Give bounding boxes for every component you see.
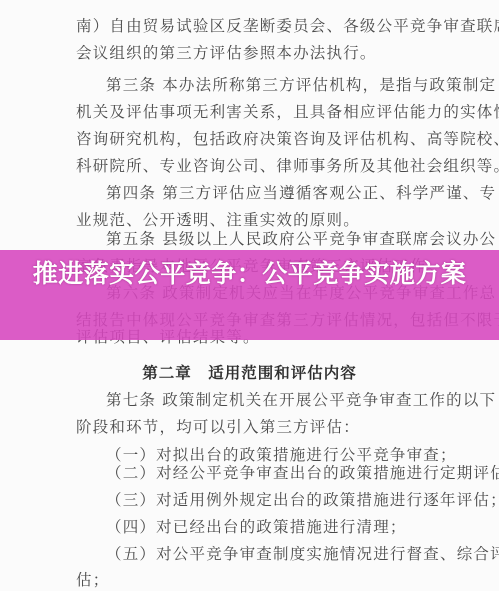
chapter-heading: 第二章 适用范围和评估内容	[0, 363, 499, 383]
list-item-4: （四）对已经出台的政策措施进行清理；	[106, 517, 456, 537]
banner-title: 推进落实公平竞争：公平竞争实施方案	[0, 256, 499, 292]
text-line: 咨询研究机构，包括政府决策咨询及评估机构、高等院校、	[76, 129, 426, 149]
text-line: 估；	[76, 570, 426, 590]
article-3: 第三条 本办法所称第三方评估机构，是指与政策制定	[106, 75, 456, 95]
text-line: 机关及评估事项无利害关系，且具备相应评估能力的实体性	[76, 102, 426, 122]
list-item-3: （三）对适用例外规定出台的政策措施进行逐年评估；	[106, 490, 456, 510]
list-item-1: （一）对拟出台的政策措施进行公平竞争审查；	[106, 445, 456, 465]
list-item-5: （五）对公平竞争审查制度实施情况进行督查、综合评	[106, 544, 456, 564]
text-line: 阶段和环节，均可以引入第三方评估：	[76, 417, 426, 437]
article-7: 第七条 政策制定机关在开展公平竞争审查工作的以下	[106, 390, 456, 410]
text-line: 科研院所、专业咨询公司、律师事务所及其他社会组织等。	[76, 156, 426, 176]
article-4: 第四条 第三方评估应当遵循客观公正、科学严谨、专	[106, 183, 456, 203]
text-line: 会议组织的第三方评估参照本办法执行。	[76, 43, 426, 63]
list-item-2: （二）对经公平竞争审查出台的政策措施进行定期评估；	[106, 463, 456, 483]
text-line: 南）自由贸易试验区反垄断委员会、各级公平竞争审查联席	[76, 16, 426, 36]
text-line: 业规范、公开透明、注重实效的原则。	[76, 210, 426, 230]
article-5: 第五条 县级以上人民政府公平竞争审查联席会议办公	[106, 229, 456, 249]
